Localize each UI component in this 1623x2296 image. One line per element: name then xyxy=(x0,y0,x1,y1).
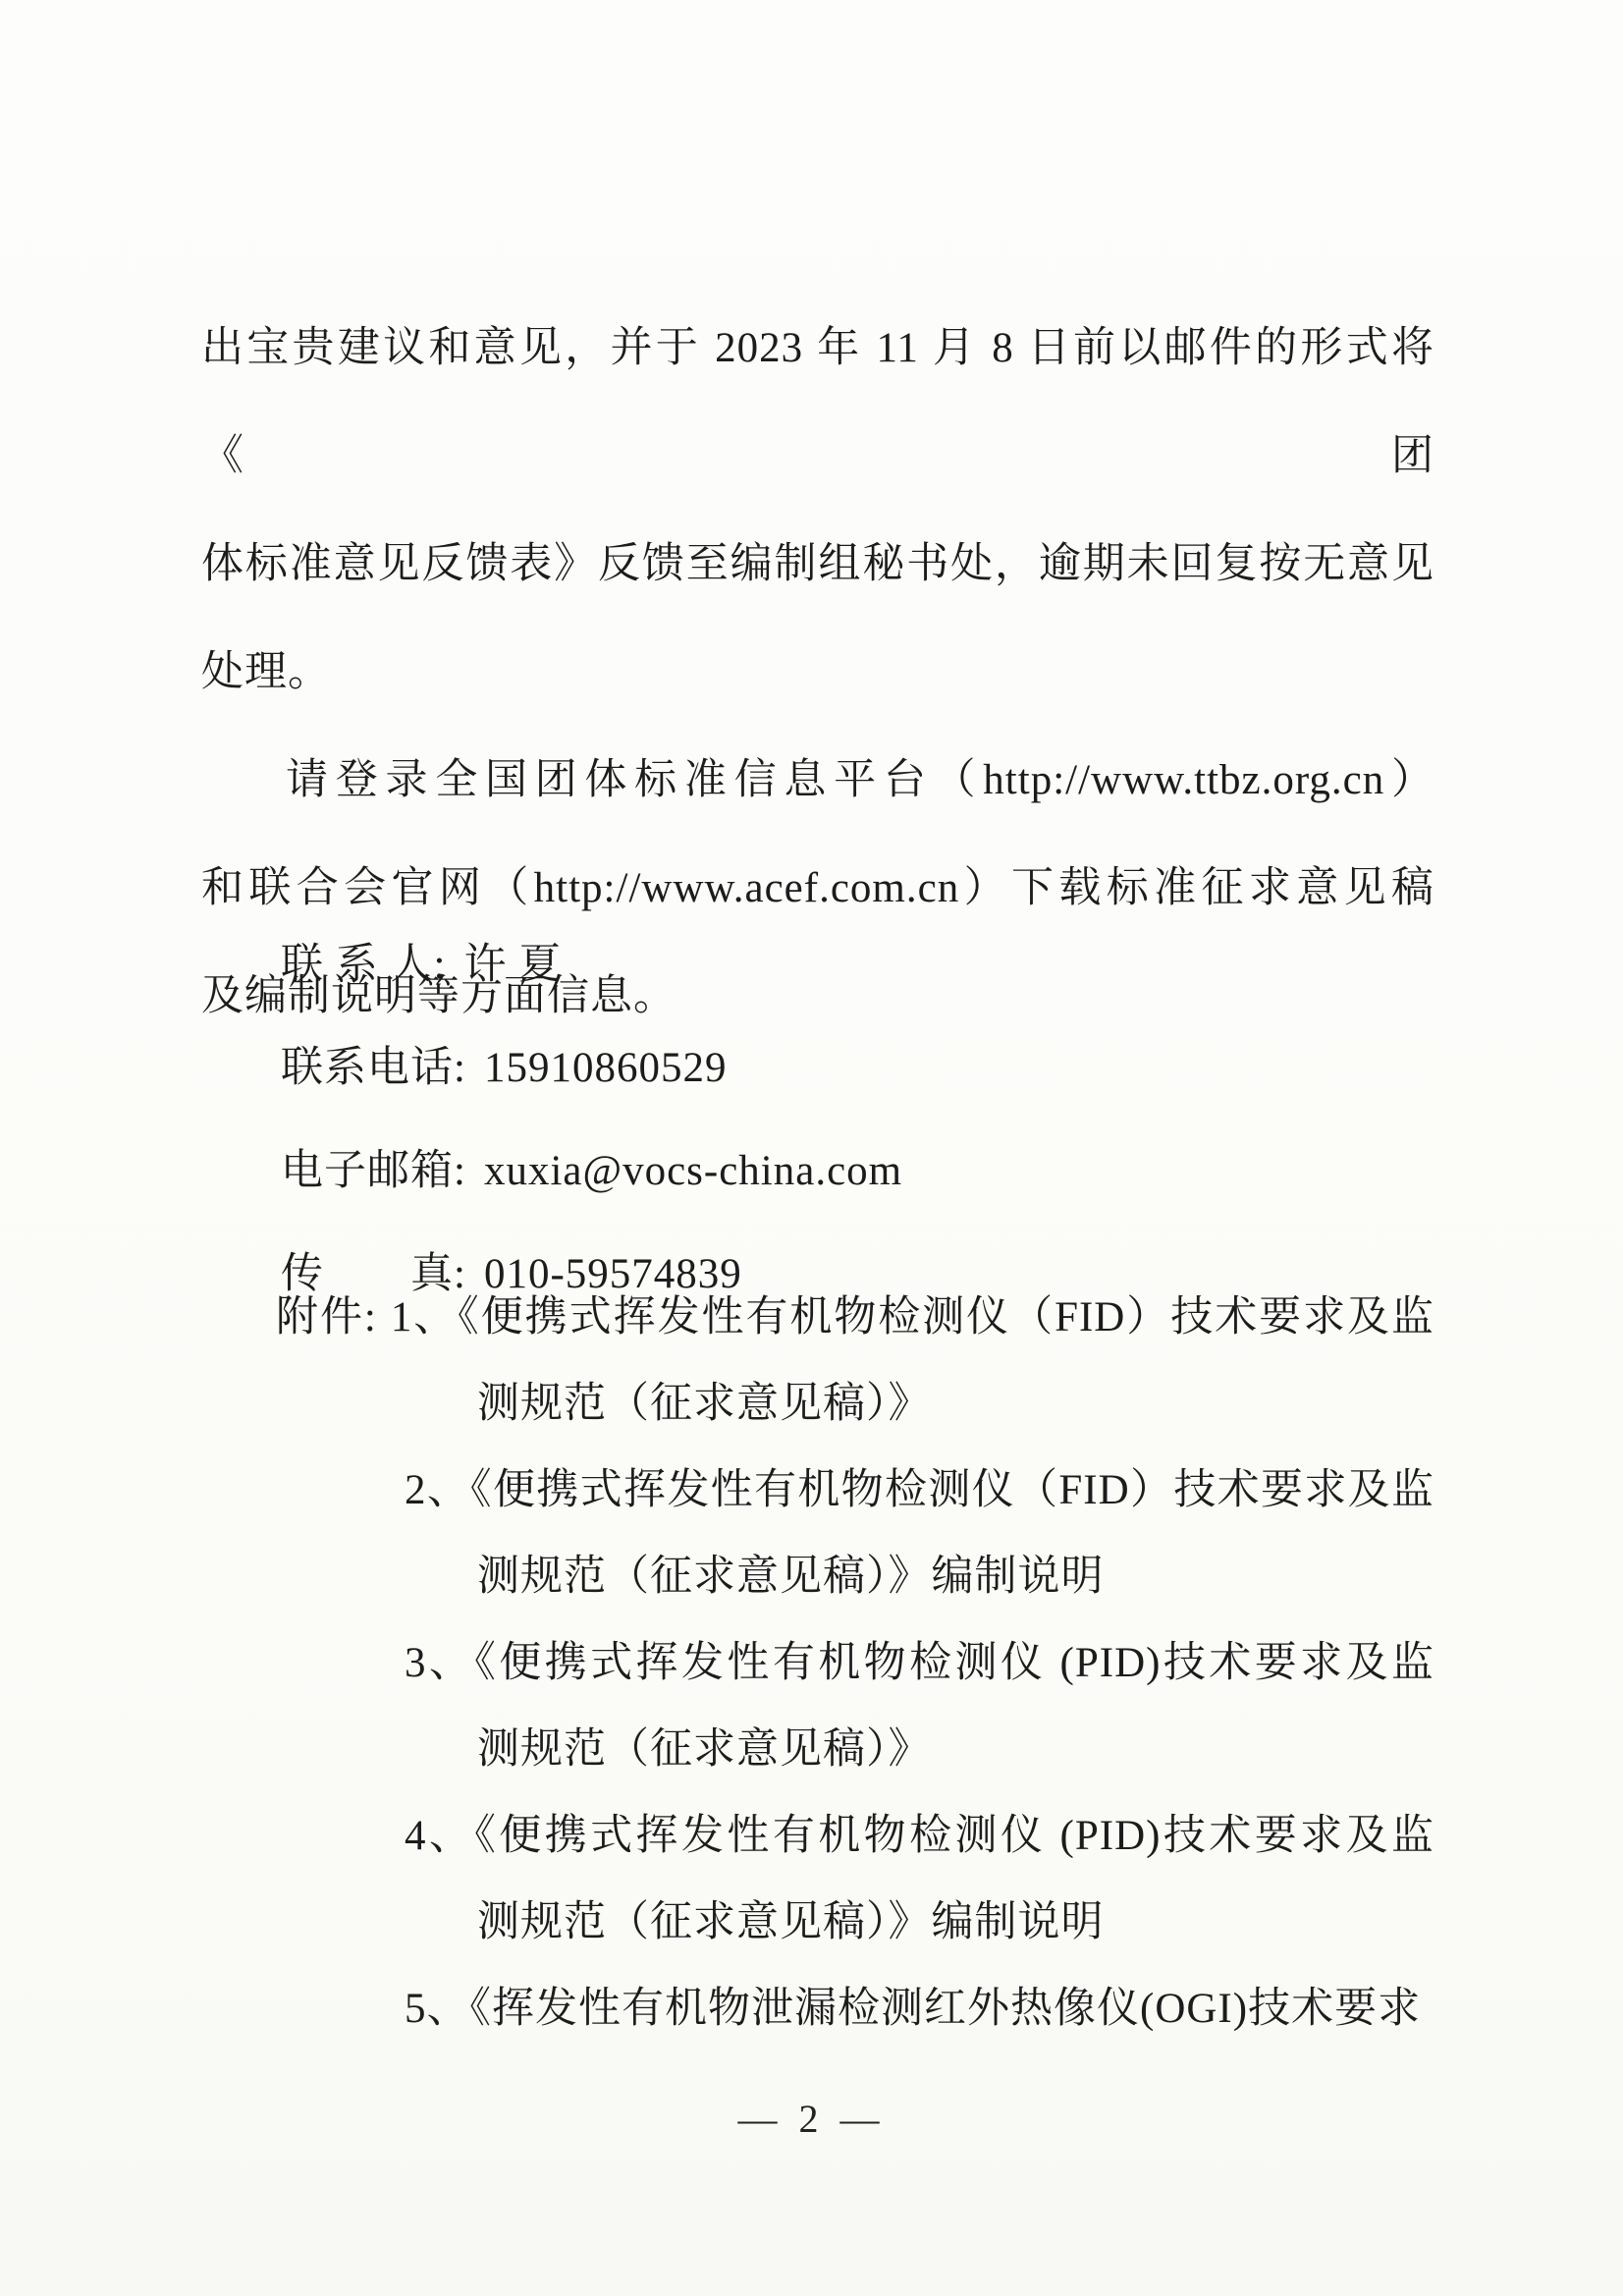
attachment-4-title: 《便携式挥发性有机物检测仪 (PID)技术要求及监 xyxy=(474,1813,1434,1859)
contact-phone-label: 联系电话: xyxy=(281,1045,466,1091)
attachment-3-number: 3、 xyxy=(405,1640,474,1686)
attachment-4-number: 4、 xyxy=(405,1813,474,1859)
attachments-list: 附件:1、《便携式挥发性有机物检测仪（FID）技术要求及监 测规范（征求意见稿）… xyxy=(201,1275,1434,2052)
attachment-2-line2: 测规范（征求意见稿）》编制说明 xyxy=(201,1534,1434,1620)
attachment-4-line1: 4、《便携式挥发性有机物检测仪 (PID)技术要求及监 xyxy=(201,1793,1434,1880)
paragraph1-line1: 出宝贵建议和意见，并于 2023 年 11 月 8 日前以邮件的形式将《团 xyxy=(201,295,1434,511)
contact-phone-row: 联系电话:15910860529 xyxy=(281,1016,1361,1120)
paragraph1-line3: 处理。 xyxy=(201,619,1434,727)
attachment-2-number: 2、 xyxy=(405,1467,470,1513)
attachment-4-line2: 测规范（征求意见稿）》编制说明 xyxy=(201,1880,1434,1966)
paragraph2-line1: 请登录全国团体标准信息平台（http://www.ttbz.org.cn） xyxy=(201,727,1434,835)
attachment-3-title: 《便携式挥发性有机物检测仪 (PID)技术要求及监 xyxy=(474,1640,1434,1686)
contact-email-row: 电子邮箱:xuxia@vocs-china.com xyxy=(281,1120,1361,1223)
attachment-1-line1: 附件:1、《便携式挥发性有机物检测仪（FID）技术要求及监 xyxy=(201,1275,1434,1361)
scanned-document-page: 出宝贵建议和意见，并于 2023 年 11 月 8 日前以邮件的形式将《团 体标… xyxy=(0,0,1623,2296)
attachment-2-line1: 2、《便携式挥发性有机物检测仪（FID）技术要求及监 xyxy=(201,1448,1434,1534)
attachment-3-line1: 3、《便携式挥发性有机物检测仪 (PID)技术要求及监 xyxy=(201,1620,1434,1707)
attachment-1-number: 1、 xyxy=(391,1294,458,1340)
contact-person-value: 许 夏 xyxy=(463,942,562,988)
attachment-5-line1: 5、《挥发性有机物泄漏检测红外热像仪(OGI)技术要求 xyxy=(201,1966,1434,2052)
contact-email-value: xuxia@vocs-china.com xyxy=(484,1148,902,1194)
attachments-label: 附件: xyxy=(276,1294,377,1340)
contact-person-row: 联 系 人:许 夏 xyxy=(281,913,1361,1016)
contact-person-label: 联 系 人: xyxy=(281,942,446,988)
page-number: — 2 — xyxy=(0,2090,1623,2149)
contact-phone-value: 15910860529 xyxy=(484,1045,728,1091)
attachment-5-title: 《挥发性有机物泄漏检测红外热像仪(OGI)技术要求 xyxy=(470,1986,1422,2032)
contact-email-label: 电子邮箱: xyxy=(281,1148,466,1194)
paragraph1-line2: 体标准意见反馈表》反馈至编制组秘书处，逾期未回复按无意见 xyxy=(201,511,1434,619)
contact-info-block: 联 系 人:许 夏 联系电话:15910860529 电子邮箱:xuxia@vo… xyxy=(281,913,1361,1326)
attachment-3-line2: 测规范（征求意见稿）》 xyxy=(201,1707,1434,1793)
attachment-5-number: 5、 xyxy=(405,1986,470,2032)
attachment-2-title: 《便携式挥发性有机物检测仪（FID）技术要求及监 xyxy=(470,1467,1434,1513)
attachment-1-line2: 测规范（征求意见稿）》 xyxy=(201,1361,1434,1448)
attachment-1-title: 《便携式挥发性有机物检测仪（FID）技术要求及监 xyxy=(458,1294,1434,1340)
